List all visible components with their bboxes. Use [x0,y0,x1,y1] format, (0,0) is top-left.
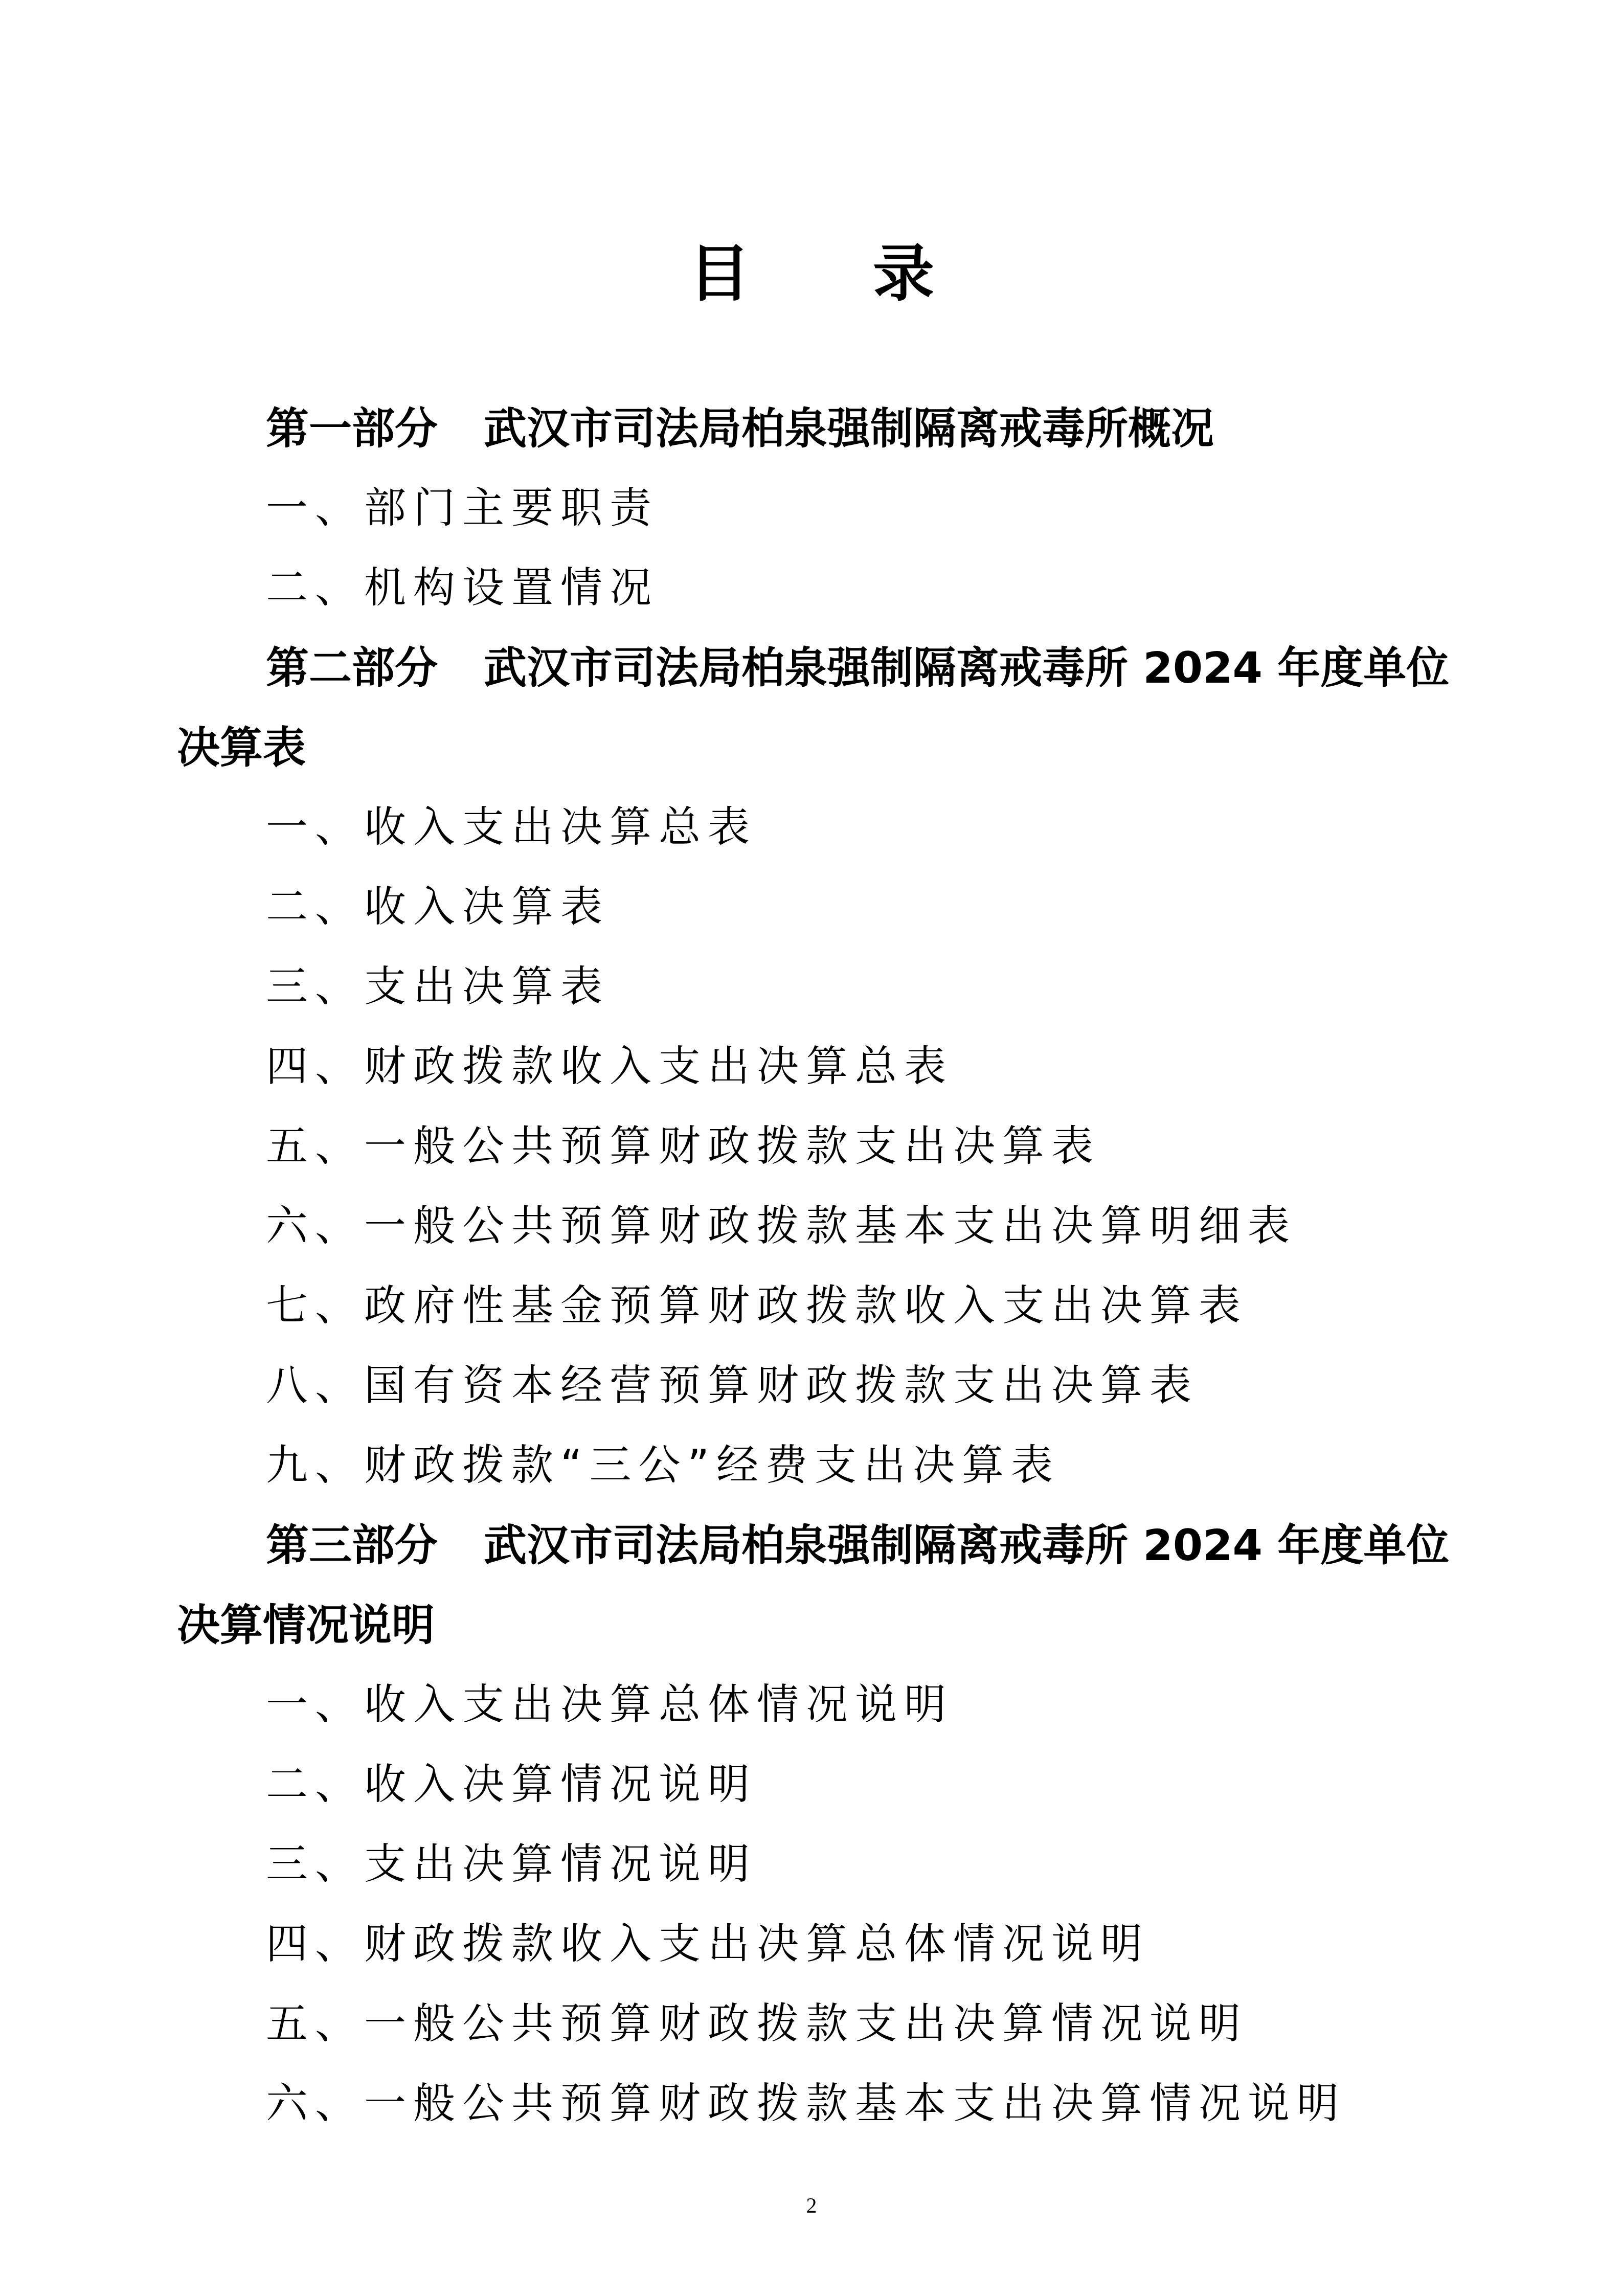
title-char-right: 录 [873,225,934,313]
title-char-left: 目 [689,225,750,313]
toc-item[interactable]: 三、支出决算表 [177,947,1460,1027]
part-label: 第二部分 [266,628,438,708]
toc-item[interactable]: 二、收入决算情况说明 [177,1745,1460,1825]
toc-item[interactable]: 六、一般公共预算财政拨款基本支出决算情况说明 [177,2064,1460,2144]
part-title: 武汉市司法局柏泉强制隔离戒毒所概况 [484,403,1214,454]
toc-item[interactable]: 三、支出决算情况说明 [177,1825,1460,1904]
toc-item[interactable]: 四、财政拨款收入支出决算总表 [177,1027,1460,1107]
page-title: 目录 [0,225,1623,313]
toc-item[interactable]: 一、收入支出决算总表 [177,787,1460,867]
toc-item[interactable]: 九、财政拨款“三公”经费支出决算表 [177,1426,1460,1505]
toc-item[interactable]: 五、一般公共预算财政拨款支出决算表 [177,1107,1460,1186]
toc-part-3-heading-cont[interactable]: 决算情况说明 [177,1585,1460,1665]
toc-item[interactable]: 一、部门主要职责 [177,468,1460,548]
toc-part-2-heading-cont[interactable]: 决算表 [177,708,1460,787]
part-title: 武汉市司法局柏泉强制隔离戒毒所 2024 年度单位 [484,643,1449,693]
toc-item[interactable]: 一、收入支出决算总体情况说明 [177,1665,1460,1745]
toc-part-2-heading[interactable]: 第二部分武汉市司法局柏泉强制隔离戒毒所 2024 年度单位 [177,628,1460,708]
part-title: 武汉市司法局柏泉强制隔离戒毒所 2024 年度单位 [484,1520,1449,1570]
toc-part-3-heading[interactable]: 第三部分武汉市司法局柏泉强制隔离戒毒所 2024 年度单位 [177,1505,1460,1585]
part-label: 第一部分 [266,389,438,468]
toc-part-1-heading[interactable]: 第一部分武汉市司法局柏泉强制隔离戒毒所概况 [177,389,1460,468]
part-label: 第三部分 [266,1505,438,1585]
toc-item[interactable]: 七、政府性基金预算财政拨款收入支出决算表 [177,1266,1460,1346]
toc-item[interactable]: 二、收入决算表 [177,867,1460,947]
toc-item[interactable]: 五、一般公共预算财政拨款支出决算情况说明 [177,1984,1460,2064]
table-of-contents: 第一部分武汉市司法局柏泉强制隔离戒毒所概况 一、部门主要职责 二、机构设置情况 … [177,389,1460,2144]
toc-item[interactable]: 八、国有资本经营预算财政拨款支出决算表 [177,1346,1460,1426]
toc-item[interactable]: 六、一般公共预算财政拨款基本支出决算明细表 [177,1186,1460,1266]
page-number: 2 [0,2194,1623,2218]
toc-item[interactable]: 四、财政拨款收入支出决算总体情况说明 [177,1904,1460,1984]
toc-item[interactable]: 二、机构设置情况 [177,548,1460,628]
